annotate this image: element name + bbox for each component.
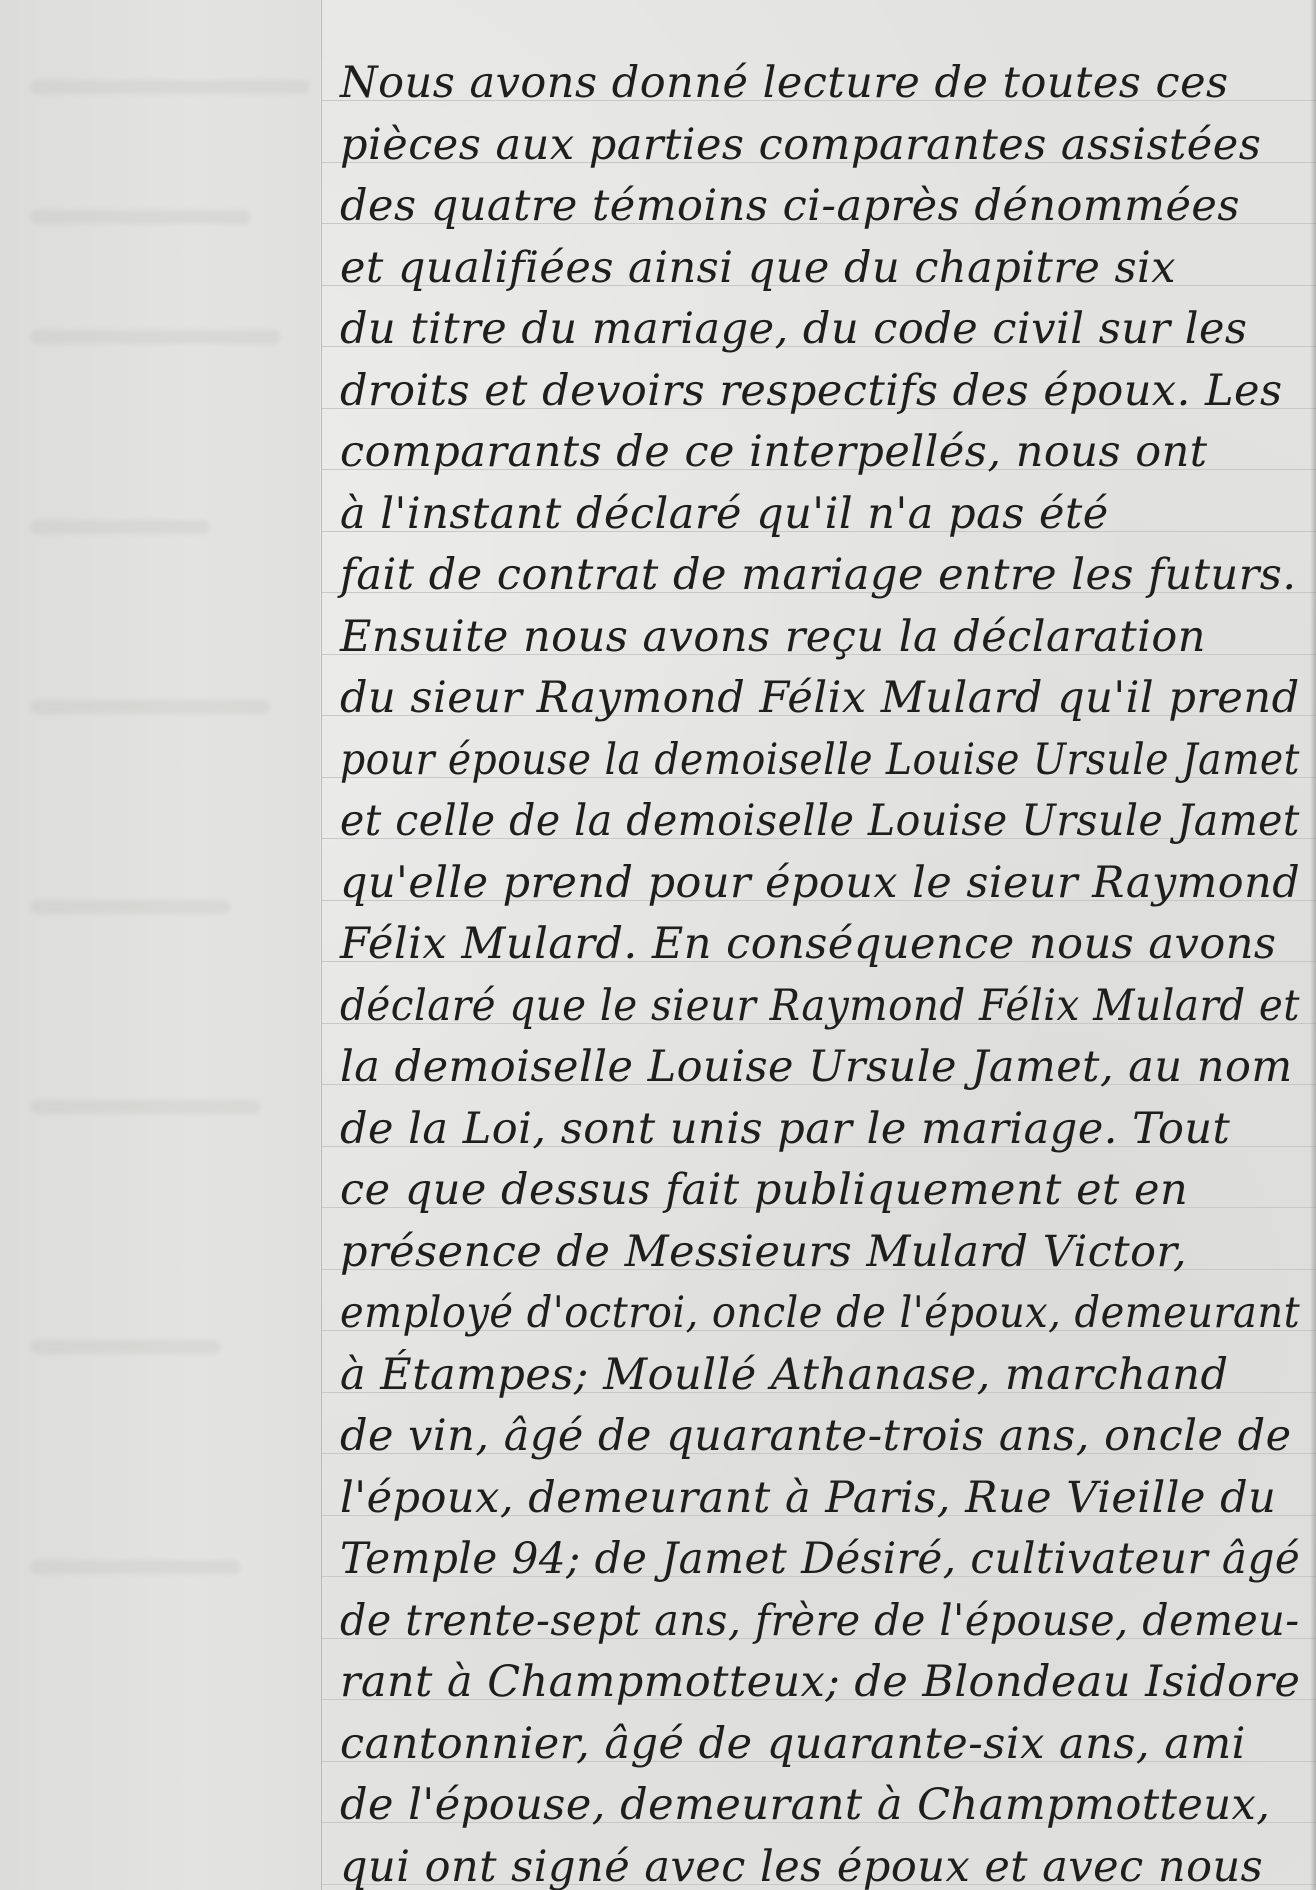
text-line: fait de contrat de mariage entre les fut… [340, 550, 1297, 600]
bleed-through-mark [30, 900, 230, 914]
bleed-through-mark [30, 330, 280, 344]
text-line: de vin, âgé de quarante-trois ans, oncle… [340, 1411, 1292, 1461]
text-line: du sieur Raymond Félix Mulard qu'il pren… [340, 673, 1300, 723]
text-line: à Étampes; Moullé Athanase, marchand [340, 1350, 1229, 1400]
text-line: et celle de la demoiselle Louise Ursule … [340, 796, 1300, 846]
text-line: l'époux, demeurant à Paris, Rue Vieille … [340, 1473, 1276, 1523]
text-line: à l'instant déclaré qu'il n'a pas été [340, 489, 1109, 539]
margin-rule [321, 0, 322, 1890]
text-line: Temple 94; de Jamet Désiré, cultivateur … [340, 1534, 1300, 1584]
bleed-through-mark [30, 520, 210, 534]
text-line: des quatre témoins ci-après dénommées [340, 181, 1240, 231]
page-edge-shadow [1310, 0, 1316, 1890]
text-line: droits et devoirs respectifs des époux. … [340, 366, 1283, 416]
text-line: Nous avons donné lecture de toutes ces [340, 58, 1229, 108]
scanned-page: Nous avons donné lecture de toutes ces p… [0, 0, 1316, 1890]
text-line: comparants de ce interpellés, nous ont [340, 427, 1208, 477]
text-line: de la Loi, sont unis par le mariage. Tou… [340, 1104, 1230, 1154]
bleed-through-mark [30, 1560, 240, 1574]
text-line: de l'épouse, demeurant à Champmotteux, [340, 1780, 1270, 1830]
text-line: Félix Mulard. En conséquence nous avons [340, 919, 1276, 969]
text-line: ce que dessus fait publiquement et en [340, 1165, 1188, 1215]
text-line: Ensuite nous avons reçu la déclaration [340, 612, 1206, 662]
bleed-through-mark [30, 80, 310, 94]
left-margin-blank [0, 0, 320, 1890]
text-line: qu'elle prend pour époux le sieur Raymon… [340, 858, 1300, 908]
text-line: qui ont signé avec les époux et avec nou… [340, 1842, 1263, 1890]
text-line: pour épouse la demoiselle Louise Ursule … [340, 735, 1300, 785]
text-line: présence de Messieurs Mulard Victor, [340, 1227, 1187, 1277]
text-line: rant à Champmotteux; de Blondeau Isidore [340, 1657, 1300, 1707]
bleed-through-mark [30, 1340, 220, 1354]
text-line: de trente-sept ans, frère de l'épouse, d… [340, 1596, 1300, 1646]
text-line: cantonnier, âgé de quarante-six ans, ami [340, 1719, 1246, 1769]
text-line: la demoiselle Louise Ursule Jamet, au no… [340, 1042, 1293, 1092]
text-line: et qualifiées ainsi que du chapitre six [340, 243, 1176, 293]
text-line: du titre du mariage, du code civil sur l… [340, 304, 1247, 354]
bleed-through-mark [30, 210, 250, 224]
text-line: pièces aux parties comparantes assistées [340, 120, 1261, 170]
bleed-through-mark [30, 1100, 260, 1114]
bleed-through-mark [30, 700, 270, 714]
text-line: employé d'octroi, oncle de l'époux, deme… [340, 1288, 1300, 1338]
text-line: déclaré que le sieur Raymond Félix Mular… [340, 981, 1300, 1031]
